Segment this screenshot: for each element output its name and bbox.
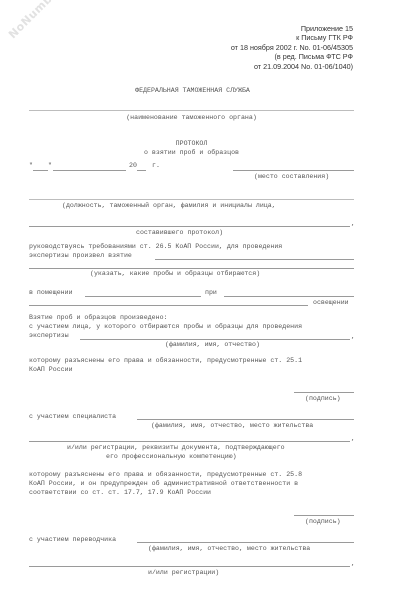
signature-caption: (подпись) — [305, 518, 341, 526]
year-prefix: 20 — [129, 162, 137, 170]
official-caption-2: составившего протокол) — [136, 229, 223, 237]
customs-body-caption: (наименование таможенного органа) — [29, 114, 354, 122]
basis-text-2: экспертизы произвел взятие — [29, 252, 132, 260]
year-suffix: г. — [152, 162, 160, 170]
specialist-rights-1: которому разъяснены его права и обязанно… — [29, 471, 302, 479]
specialist-caption-2: и/или регистрации, реквизиты документа, … — [67, 444, 285, 452]
translator-field-line1[interactable] — [137, 542, 354, 543]
customs-body-field[interactable] — [29, 110, 354, 111]
lighting-field-line2[interactable] — [29, 305, 308, 306]
comma: , — [351, 435, 355, 443]
translator-label: с участием переводчика — [29, 536, 116, 544]
appendix-reference: Приложение 15 к Письму ГТК РФ от 18 нояб… — [231, 24, 353, 71]
samples-field-line2[interactable] — [29, 268, 354, 269]
official-field-line2[interactable] — [29, 226, 350, 227]
premises-label: в помещении — [29, 289, 73, 297]
specialist-rights-2: КоАП России, и он предупрежден об админи… — [29, 480, 298, 488]
month-field[interactable] — [53, 170, 126, 171]
lighting-label: освещении — [313, 299, 349, 307]
lighting-field-line1[interactable] — [224, 296, 354, 297]
person-text-2: экспертизы — [29, 332, 69, 340]
translator-field-line2[interactable] — [29, 566, 350, 567]
translator-caption-1: (фамилия, имя, отчество, место жительств… — [148, 545, 310, 553]
appendix-line: к Письму ГТК РФ — [231, 33, 353, 42]
document-subtitle: о взятии проб и образцов — [29, 149, 354, 157]
agency-name: ФЕДЕРАЛЬНАЯ ТАМОЖЕННАЯ СЛУЖБА — [30, 87, 355, 95]
appendix-line: Приложение 15 — [231, 24, 353, 33]
document-title: ПРОТОКОЛ — [29, 140, 354, 148]
specialist-signature-field[interactable] — [294, 515, 354, 516]
samples-caption: (указать, какие пробы и образцы отбирают… — [90, 270, 260, 278]
participants-intro: Взятие проб и образцов произведено: — [29, 314, 168, 322]
premises-field[interactable] — [85, 296, 201, 297]
day-field[interactable] — [33, 170, 48, 171]
at-label: при — [205, 289, 217, 297]
appendix-line: от 18 ноября 2002 г. No. 01-06/45305 — [231, 43, 353, 52]
specialist-caption-3: его профессиональную компетенцию) — [106, 453, 237, 461]
place-caption: (место составления) — [254, 173, 329, 181]
person-rights-1: которому разъяснены его права и обязанно… — [29, 357, 302, 365]
date-quote-close: " — [48, 162, 52, 170]
place-field[interactable] — [233, 170, 354, 171]
official-field-line1[interactable] — [29, 199, 354, 200]
person-rights-2: КоАП России — [29, 366, 73, 374]
comma: , — [351, 333, 355, 341]
person-text-1: с участием лица, у которого отбираются п… — [29, 323, 302, 331]
appendix-line: от 21.09.2004 No. 01-06/1040) — [231, 62, 353, 71]
specialist-field-line2[interactable] — [29, 441, 350, 442]
specialist-label: с участием специалиста — [29, 413, 116, 421]
person-caption: (фамилия, имя, отчество) — [165, 341, 260, 349]
basis-text-1: руководствуясь требованиями ст. 26.5 КоА… — [29, 243, 282, 251]
date-quote-open: " — [29, 162, 33, 170]
appendix-line: (в ред. Письма ФТС РФ — [231, 52, 353, 61]
official-caption-1: (должность, таможенный орган, фамилия и … — [62, 202, 276, 210]
person-name-field[interactable] — [80, 339, 350, 340]
samples-field-line1[interactable] — [155, 259, 354, 260]
specialist-rights-3: соответствии со ст. ст. 17.7, 17.9 КоАП … — [29, 489, 211, 497]
translator-caption-2: и/или регистрации) — [148, 569, 219, 577]
watermark: NoNumber.ru — [6, 0, 77, 41]
specialist-field-line1[interactable] — [137, 419, 354, 420]
person-signature-field[interactable] — [294, 392, 354, 393]
signature-caption: (подпись) — [305, 395, 341, 403]
comma: , — [351, 220, 355, 228]
year-field[interactable] — [137, 170, 146, 171]
specialist-caption-1: (фамилия, имя, отчество, место жительств… — [151, 422, 313, 430]
comma: , — [351, 560, 355, 568]
